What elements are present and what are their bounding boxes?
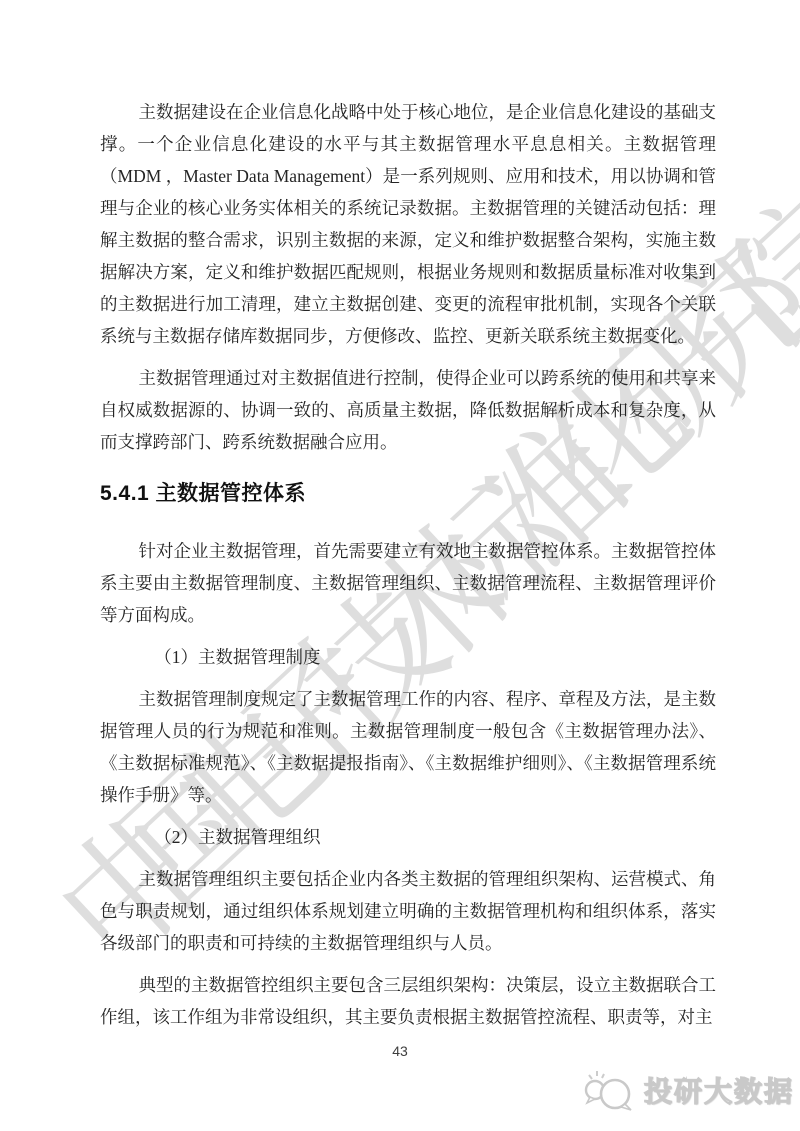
list-item: （1）主数据管理制度 xyxy=(100,641,716,673)
speech-bubbles-icon xyxy=(581,1066,639,1114)
page-number: 43 xyxy=(0,1043,800,1059)
brand-logo: 投研大数据 xyxy=(581,1066,794,1114)
paragraph: 典型的主数据管控组织主要包含三层组织架构：决策层，设立主数据联合工作组，该工作组… xyxy=(100,969,716,1033)
paragraph: 主数据管理组织主要包括企业内各类主数据的管理组织架构、运营模式、角色与职责规划，… xyxy=(100,863,716,959)
list-item: （2）主数据管理组织 xyxy=(100,821,716,853)
paragraph: 主数据管理通过对主数据值进行控制，使得企业可以跨系统的使用和共享来自权威数据源的… xyxy=(100,362,716,458)
paragraph: 针对企业主数据管理，首先需要建立有效地主数据管控体系。主数据管控体系主要由主数据… xyxy=(100,535,716,631)
document-content: 主数据建设在企业信息化战略中处于核心地位，是企业信息化建设的基础支撑。一个企业信… xyxy=(0,0,800,1033)
paragraph: 主数据管理制度规定了主数据管理工作的内容、程序、章程及方法，是主数据管理人员的行… xyxy=(100,683,716,811)
document-page: 中国电子技术标准化研究院 主数据建设在企业信息化战略中处于核心地位，是企业信息化… xyxy=(0,0,800,1131)
section-heading: 5.4.1 主数据管控体系 xyxy=(100,479,716,509)
brand-label: 投研大数据 xyxy=(644,1070,794,1110)
paragraph: 主数据建设在企业信息化战略中处于核心地位，是企业信息化建设的基础支撑。一个企业信… xyxy=(100,96,716,352)
